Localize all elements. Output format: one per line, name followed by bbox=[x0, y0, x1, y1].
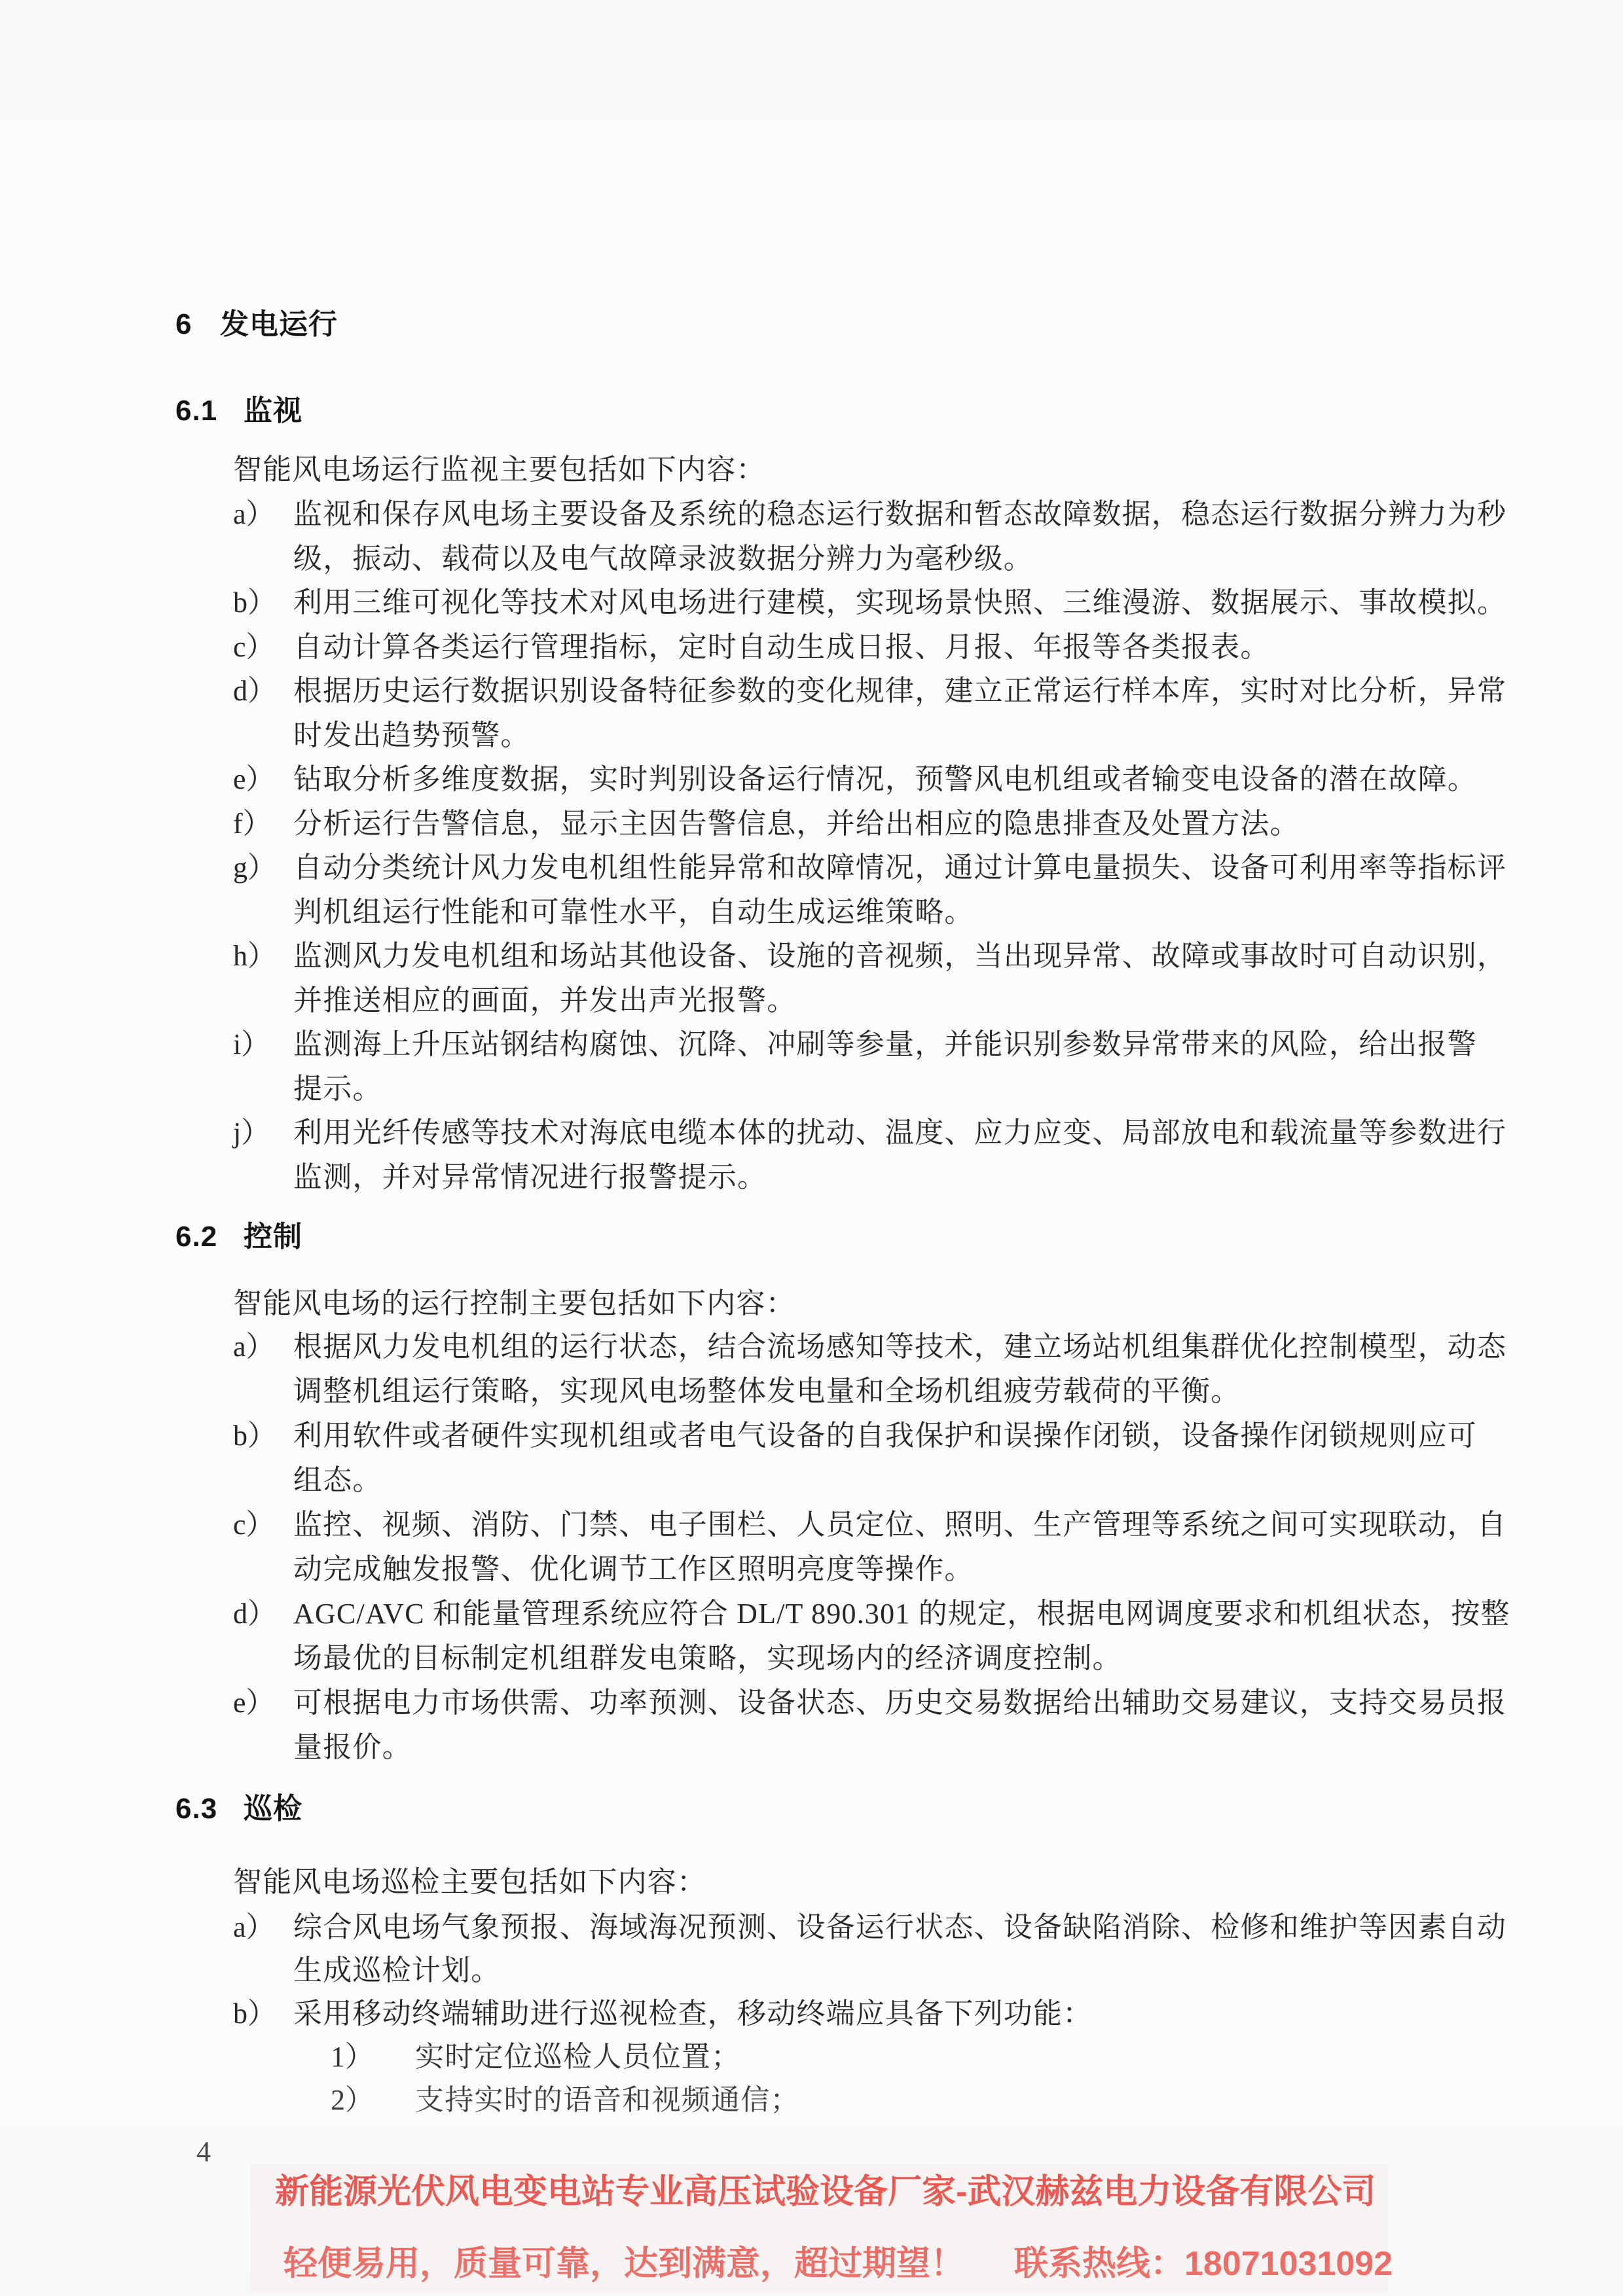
list-item-text: 自动分类统计风力发电机组性能异常和故障情况，通过计算电量损失、设备可利用率等指标… bbox=[293, 852, 1506, 884]
document-page: 6发电运行 6.1监视 智能风电场运行监视主要包括如下内容： a）监视和保存风电… bbox=[0, 0, 1623, 2296]
list-item-continuation: 提示。 bbox=[233, 1067, 1506, 1111]
list-item-label: e） bbox=[233, 757, 293, 802]
list-item-text: 利用软件或者硬件实现机组或者电气设备的自我保护和误操作闭锁，设备操作闭锁规则应可 bbox=[293, 1420, 1477, 1452]
section-title: 监视 bbox=[244, 395, 302, 427]
list-item-text: 场最优的目标制定机组群发电策略，实现场内的经济调度控制。 bbox=[293, 1642, 1122, 1674]
list-item-text: 监测海上升压站钢结构腐蚀、沉降、冲刷等参量，并能识别参数异常带来的风险，给出报警 bbox=[293, 1028, 1477, 1060]
list-item-text: 根据历史运行数据识别设备特征参数的变化规律，建立正常运行样本库，实时对比分析，异… bbox=[293, 675, 1506, 707]
list-item-label: d） bbox=[233, 1592, 293, 1636]
list-item: e）可根据电力市场供需、功率预测、设备状态、历史交易数据给出辅助交易建议，支持交… bbox=[233, 1681, 1510, 1725]
section-number: 6.2 bbox=[175, 1215, 244, 1259]
list-item: i）监测海上升压站钢结构腐蚀、沉降、冲刷等参量，并能识别参数异常带来的风险，给出… bbox=[233, 1022, 1506, 1067]
list-item-label: c） bbox=[233, 625, 293, 670]
sub-item-label: 1） bbox=[331, 2036, 415, 2079]
list-item-text: 自动计算各类运行管理指标，定时自动生成日报、月报、年报等各类报表。 bbox=[293, 631, 1270, 663]
list-item-label: a） bbox=[233, 1325, 293, 1369]
section-intro-6-2: 智能风电场的运行控制主要包括如下内容： bbox=[233, 1282, 795, 1326]
list-item-label: d） bbox=[233, 669, 293, 713]
list-item-text: 利用光纤传感等技术对海底电缆本体的扰动、温度、应力应变、局部放电和载流量等参数进… bbox=[293, 1117, 1506, 1149]
list-item-text: 可根据电力市场供需、功率预测、设备状态、历史交易数据给出辅助交易建议，支持交易员… bbox=[293, 1687, 1506, 1719]
list-6-3: a）综合风电场气象预报、海域海况预测、设备运行状态、设备缺陷消除、检修和维护等因… bbox=[233, 1906, 1506, 2122]
list-item-continuation: 场最优的目标制定机组群发电策略，实现场内的经济调度控制。 bbox=[233, 1636, 1510, 1681]
list-item-text: 综合风电场气象预报、海域海况预测、设备运行状态、设备缺陷消除、检修和维护等因素自… bbox=[293, 1911, 1506, 1943]
section-title: 巡检 bbox=[244, 1793, 302, 1825]
list-item: d）根据历史运行数据识别设备特征参数的变化规律，建立正常运行样本库，实时对比分析… bbox=[233, 669, 1506, 713]
list-item-text: 监控、视频、消防、门禁、电子围栏、人员定位、照明、生产管理等系统之间可实现联动，… bbox=[293, 1509, 1506, 1541]
list-item-text: 分析运行告警信息，显示主因告警信息，并给出相应的隐患排查及处置方法。 bbox=[293, 808, 1300, 840]
list-item-label: a） bbox=[233, 492, 293, 537]
list-item-continuation: 判机组运行性能和可靠性水平，自动生成运维策略。 bbox=[233, 890, 1506, 935]
list-item-text: 监测，并对异常情况进行报警提示。 bbox=[293, 1161, 767, 1193]
list-item: a）监视和保存风电场主要设备及系统的稳态运行数据和暂态故障数据，稳态运行数据分辨… bbox=[233, 492, 1506, 537]
list-item: d）AGC/AVC 和能量管理系统应符合 DL/T 890.301 的规定，根据… bbox=[233, 1592, 1510, 1636]
list-item-continuation: 调整机组运行策略，实现风电场整体发电量和全场机组疲劳载荷的平衡。 bbox=[233, 1369, 1510, 1414]
list-item: h）监测风力发电机组和场站其他设备、设施的音视频，当出现异常、故障或事故时可自动… bbox=[233, 934, 1506, 978]
list-item: b）利用三维可视化等技术对风电场进行建模，实现场景快照、三维漫游、数据展示、事故… bbox=[233, 581, 1506, 625]
list-item-text: 调整机组运行策略，实现风电场整体发电量和全场机组疲劳载荷的平衡。 bbox=[293, 1375, 1240, 1407]
list-item-text: 监视和保存风电场主要设备及系统的稳态运行数据和暂态故障数据，稳态运行数据分辨力为… bbox=[293, 498, 1506, 530]
list-item-label: g） bbox=[233, 846, 293, 890]
sub-item-text: 实时定位巡检人员位置； bbox=[415, 2041, 740, 2073]
sub-item-text: 支持实时的语音和视频通信； bbox=[415, 2084, 800, 2116]
list-item-text: 根据风力发电机组的运行状态，结合流场感知等技术，建立场站机组集群优化控制模型，动… bbox=[293, 1331, 1506, 1363]
list-item-text: 级，振动、载荷以及电气故障录波数据分辨力为毫秒级。 bbox=[293, 543, 1033, 575]
list-item-text: 钻取分析多维度数据，实时判别设备运行情况，预警风电机组或者输变电设备的潜在故障。 bbox=[293, 763, 1477, 795]
list-item-label: c） bbox=[233, 1503, 293, 1547]
sub-item-label: 2） bbox=[331, 2079, 415, 2122]
section-number: 6.1 bbox=[175, 389, 244, 433]
footer-company-line: 新能源光伏风电变电站专业高压试验设备厂家-武汉赫兹电力设备有限公司 bbox=[275, 2172, 1376, 2212]
list-item: b）利用软件或者硬件实现机组或者电气设备的自我保护和误操作闭锁，设备操作闭锁规则… bbox=[233, 1414, 1510, 1458]
sub-list-item: 1）实时定位巡检人员位置； bbox=[233, 2036, 1506, 2079]
list-item-text: 判机组运行性能和可靠性水平，自动生成运维策略。 bbox=[293, 896, 974, 928]
list-item-text: 提示。 bbox=[293, 1073, 382, 1105]
section-number: 6.3 bbox=[175, 1787, 244, 1831]
list-item-label: i） bbox=[233, 1022, 293, 1067]
list-item-text: 动完成触发报警、优化调节工作区照明亮度等操作。 bbox=[293, 1553, 974, 1585]
list-item-continuation: 动完成触发报警、优化调节工作区照明亮度等操作。 bbox=[233, 1547, 1510, 1592]
list-item-text: 组态。 bbox=[293, 1464, 382, 1496]
chapter-title: 发电运行 bbox=[220, 308, 338, 340]
section-heading-6-2: 6.2控制 bbox=[175, 1215, 302, 1259]
section-title: 控制 bbox=[244, 1221, 302, 1253]
list-item-label: f） bbox=[233, 802, 293, 846]
list-item-continuation: 时发出趋势预警。 bbox=[233, 713, 1506, 758]
section-heading-6-3: 6.3巡检 bbox=[175, 1787, 302, 1831]
list-item-continuation: 并推送相应的画面，并发出声光报警。 bbox=[233, 978, 1506, 1023]
list-item-continuation: 量报价。 bbox=[233, 1725, 1510, 1770]
list-item: c）自动计算各类运行管理指标，定时自动生成日报、月报、年报等各类报表。 bbox=[233, 625, 1506, 670]
list-item-continuation: 监测，并对异常情况进行报警提示。 bbox=[233, 1155, 1506, 1200]
list-item-label: b） bbox=[233, 1992, 293, 2036]
chapter-heading: 6发电运行 bbox=[175, 302, 338, 347]
list-item-label: e） bbox=[233, 1681, 293, 1725]
chapter-number: 6 bbox=[175, 302, 220, 347]
list-item-text: 监测风力发电机组和场站其他设备、设施的音视频，当出现异常、故障或事故时可自动识别… bbox=[293, 940, 1506, 972]
footer-slogan: 轻便易用，质量可靠，达到满意，超过期望！ bbox=[283, 2244, 964, 2284]
list-item: a）根据风力发电机组的运行状态，结合流场感知等技术，建立场站机组集群优化控制模型… bbox=[233, 1325, 1510, 1369]
list-item: g）自动分类统计风力发电机组性能异常和故障情况，通过计算电量损失、设备可利用率等… bbox=[233, 846, 1506, 890]
list-item-continuation: 生成巡检计划。 bbox=[233, 1949, 1506, 1992]
list-item-text: AGC/AVC 和能量管理系统应符合 DL/T 890.301 的规定，根据电网… bbox=[293, 1598, 1510, 1630]
section-intro-6-1: 智能风电场运行监视主要包括如下内容： bbox=[233, 448, 766, 492]
footer-hotline: 联系热线：18071031092 bbox=[1014, 2244, 1393, 2284]
list-item-continuation: 级，振动、载荷以及电气故障录波数据分辨力为毫秒级。 bbox=[233, 537, 1506, 581]
list-item: j）利用光纤传感等技术对海底电缆本体的扰动、温度、应力应变、局部放电和载流量等参… bbox=[233, 1111, 1506, 1155]
list-item-label: j） bbox=[233, 1111, 293, 1155]
list-item: f）分析运行告警信息，显示主因告警信息，并给出相应的隐患排查及处置方法。 bbox=[233, 802, 1506, 846]
section-heading-6-1: 6.1监视 bbox=[175, 389, 302, 433]
list-item-text: 采用移动终端辅助进行巡视检查，移动终端应具备下列功能： bbox=[293, 1998, 1092, 2030]
list-item-text: 利用三维可视化等技术对风电场进行建模，实现场景快照、三维漫游、数据展示、事故模拟… bbox=[293, 586, 1506, 619]
list-item: b）采用移动终端辅助进行巡视检查，移动终端应具备下列功能： bbox=[233, 1992, 1506, 2036]
list-item-continuation: 组态。 bbox=[233, 1458, 1510, 1503]
section-intro-6-3: 智能风电场巡检主要包括如下内容： bbox=[233, 1860, 706, 1905]
list-item: c）监控、视频、消防、门禁、电子围栏、人员定位、照明、生产管理等系统之间可实现联… bbox=[233, 1503, 1510, 1547]
list-6-2: a）根据风力发电机组的运行状态，结合流场感知等技术，建立场站机组集群优化控制模型… bbox=[233, 1325, 1510, 1770]
list-item-label: b） bbox=[233, 1414, 293, 1458]
list-item-text: 生成巡检计划。 bbox=[293, 1954, 500, 1986]
list-item: a）综合风电场气象预报、海域海况预测、设备运行状态、设备缺陷消除、检修和维护等因… bbox=[233, 1906, 1506, 1949]
list-item-label: a） bbox=[233, 1906, 293, 1949]
list-item-text: 量报价。 bbox=[293, 1731, 412, 1763]
list-item-text: 并推送相应的画面，并发出声光报警。 bbox=[293, 984, 796, 1016]
list-item: e）钻取分析多维度数据，实时判别设备运行情况，预警风电机组或者输变电设备的潜在故… bbox=[233, 757, 1506, 802]
sub-list-item: 2）支持实时的语音和视频通信； bbox=[233, 2079, 1506, 2122]
list-item-label: h） bbox=[233, 934, 293, 978]
list-6-1: a）监视和保存风电场主要设备及系统的稳态运行数据和暂态故障数据，稳态运行数据分辨… bbox=[233, 492, 1506, 1199]
list-item-label: b） bbox=[233, 581, 293, 625]
page-number: 4 bbox=[196, 2136, 211, 2168]
list-item-text: 时发出趋势预警。 bbox=[293, 719, 530, 751]
